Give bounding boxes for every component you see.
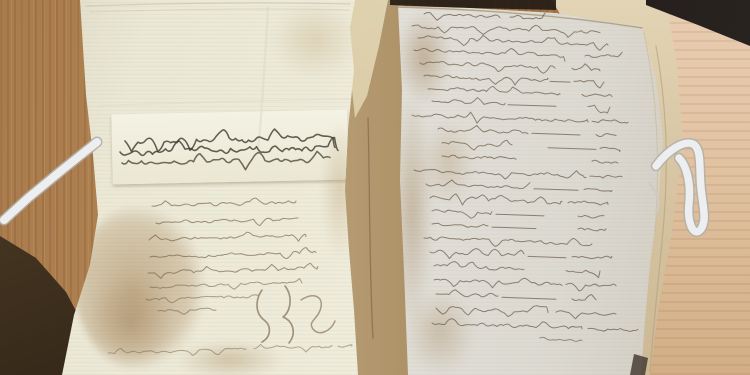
water-stain	[85, 275, 175, 370]
photo-scene	[0, 0, 750, 375]
stain	[175, 340, 285, 375]
stain	[396, 10, 451, 105]
stain	[420, 120, 475, 205]
stain	[405, 290, 475, 375]
inserted-paper-strip	[111, 110, 348, 185]
stain	[270, 0, 360, 80]
